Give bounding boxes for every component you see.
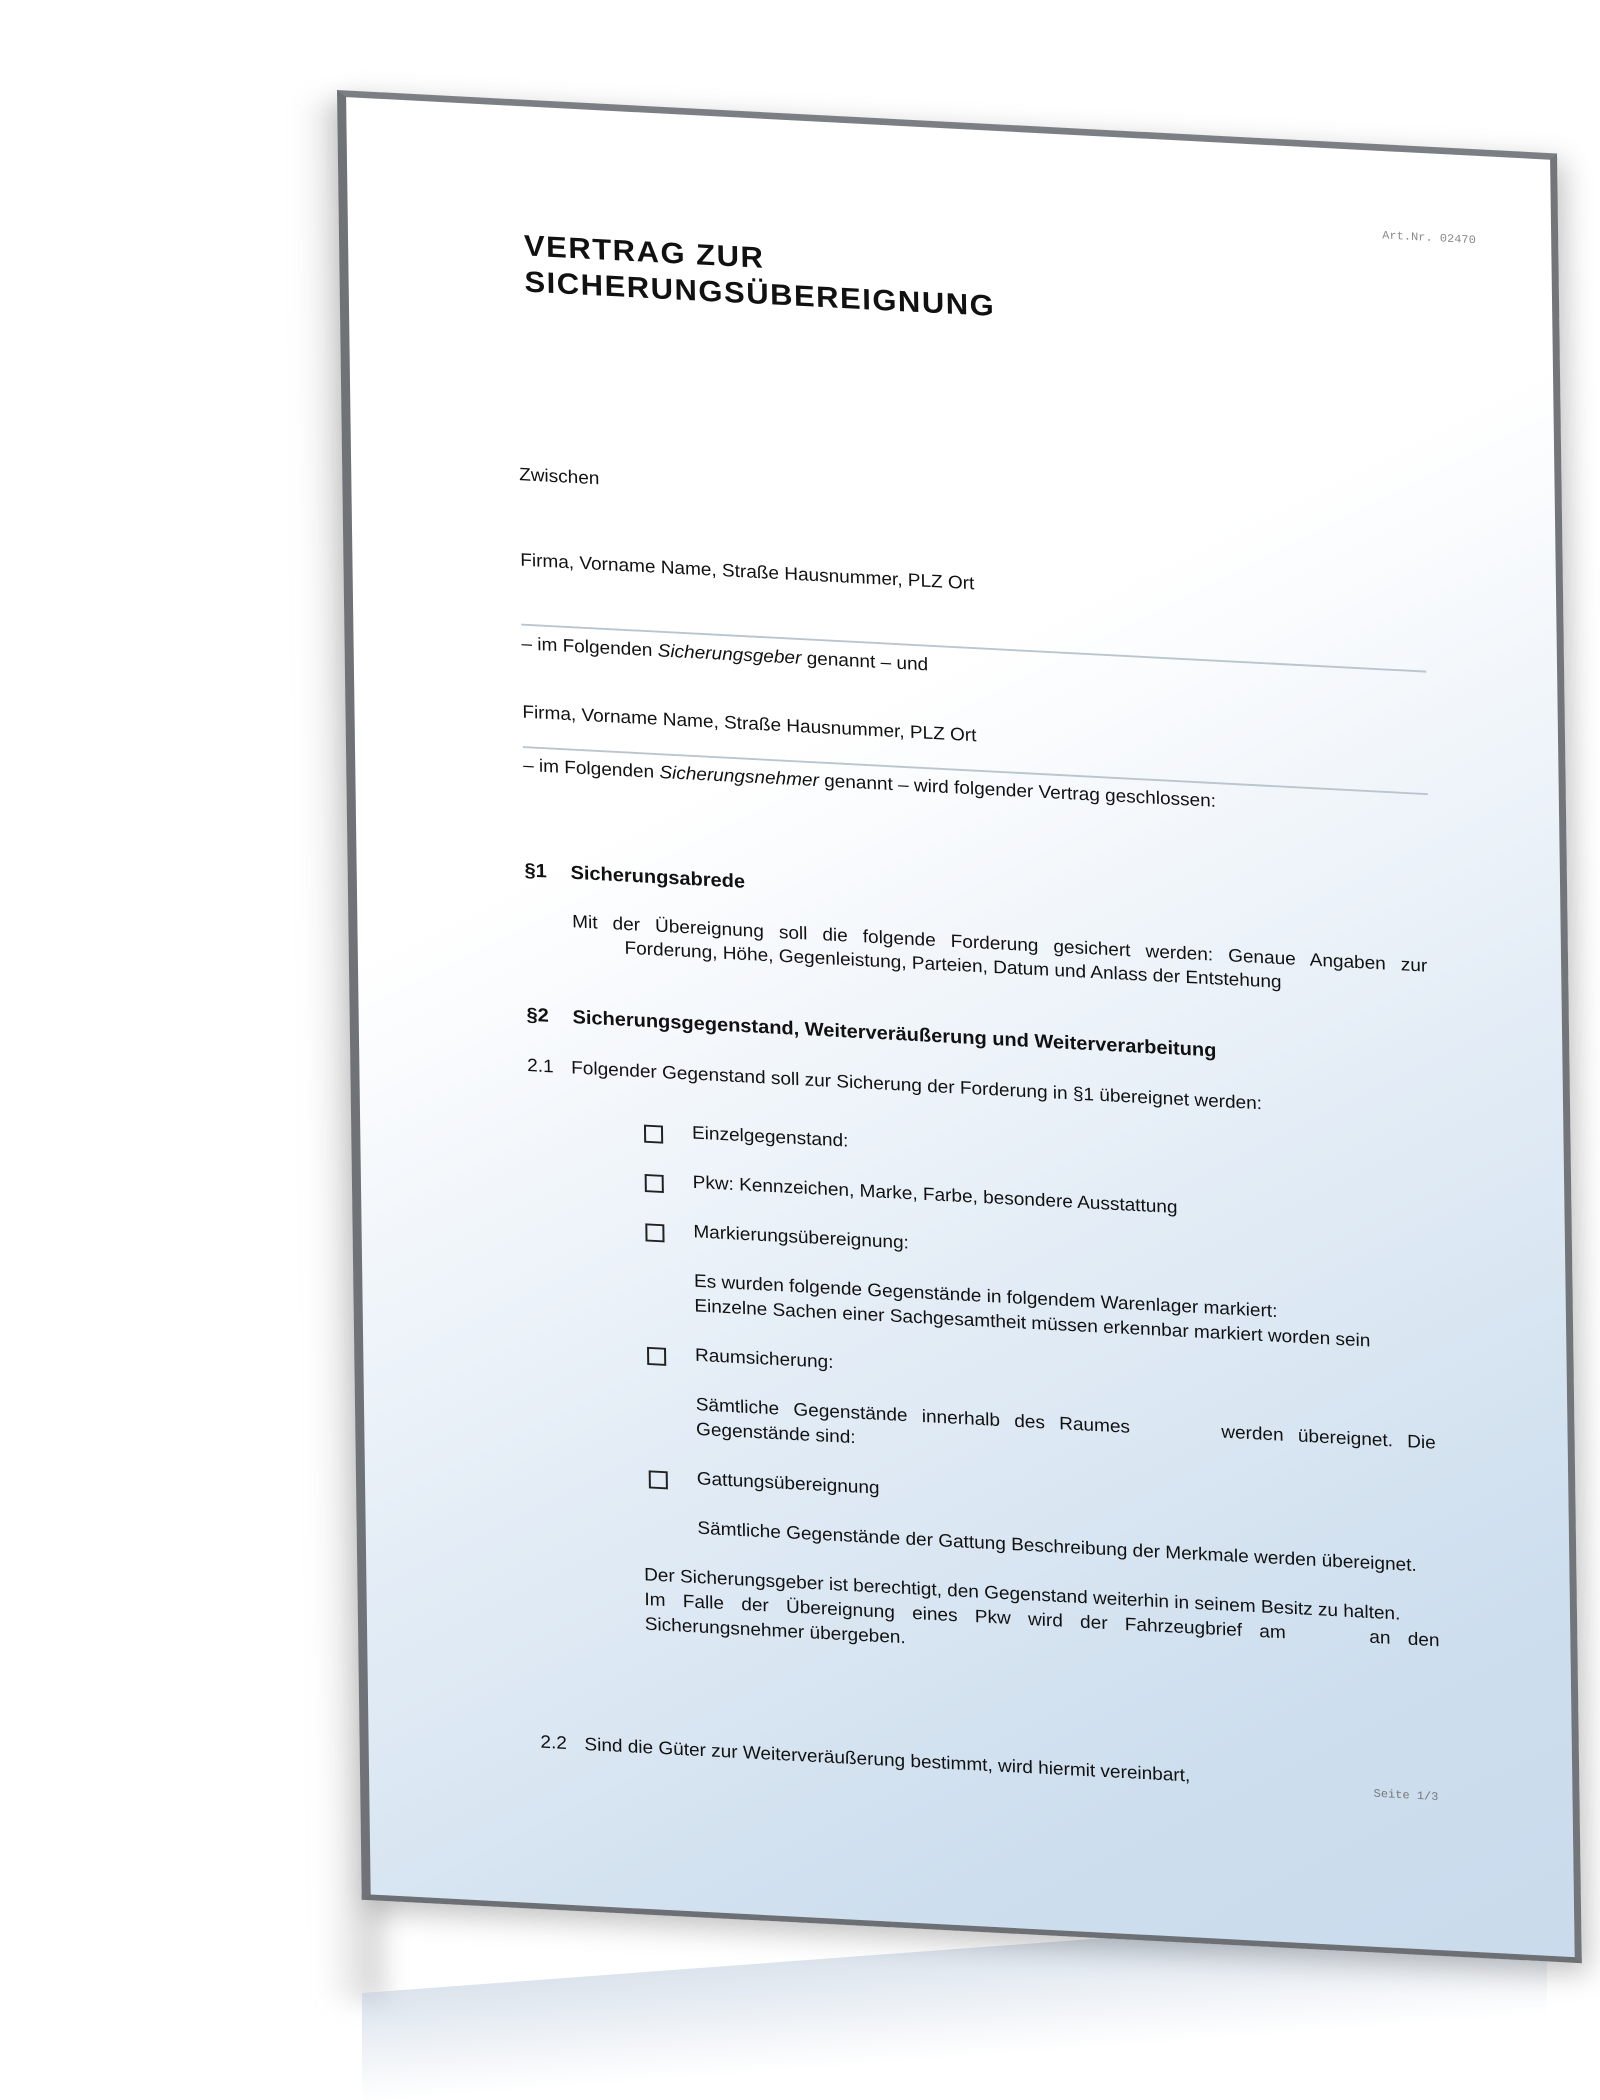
party2-address-field[interactable]: Firma, Vorname Name, Straße Hausnummer, …: [522, 702, 976, 747]
party2-role-name: Sicherungsnehmer: [659, 763, 819, 791]
party2-role-suffix: genannt – wird folgender Vertrag geschlo…: [819, 771, 1216, 812]
section1-heading: §1Sicherungsabrede: [524, 860, 745, 893]
option-markierung-label: Markierungsübereignung:: [693, 1222, 909, 1254]
party1-address-field[interactable]: Firma, Vorname Name, Straße Hausnummer, …: [520, 550, 974, 595]
document-title: VERTRAG ZUR SICHERUNGSÜBEREIGNUNG: [524, 228, 996, 325]
article-number: Art.Nr. 02470: [1382, 229, 1476, 247]
option-raumsicherung-label: Raumsicherung:: [695, 1346, 834, 1374]
section1-text: Mit der Übereignung soll die folgende Fo…: [572, 910, 1428, 1002]
party1-role: – im Folgenden Sicherungsgeber genannt –…: [521, 634, 928, 676]
section2-title: Sicherungsgegenstand, Weiterveräußerung …: [572, 1007, 1216, 1061]
option-gattung-label: Gattungsübereignung: [697, 1469, 880, 1499]
option-raumsicherung-detail-2: Gegenstände sind:: [696, 1420, 856, 1449]
checkbox-gattungsuebereignung[interactable]: [649, 1470, 668, 1489]
party1-role-name: Sicherungsgeber: [658, 641, 802, 668]
clause-2-1: 2.1Folgender Gegenstand soll zur Sicheru…: [527, 1056, 1262, 1115]
section1-title: Sicherungsabrede: [570, 863, 745, 893]
party2-role-prefix: – im Folgenden: [523, 756, 660, 783]
party1-role-suffix: genannt – und: [801, 649, 928, 676]
checkbox-raumsicherung[interactable]: [647, 1347, 666, 1366]
option-gattung-detail: Sämtliche Gegenstände der Gattung Beschr…: [697, 1518, 1417, 1576]
checkbox-einzelgegenstand[interactable]: [644, 1125, 663, 1144]
intro-text: Zwischen: [519, 465, 600, 490]
party1-role-prefix: – im Folgenden: [521, 634, 658, 661]
document-page: Art.Nr. 02470 VERTRAG ZUR SICHERUNGSÜBER…: [337, 90, 1582, 1963]
section2-heading: §2Sicherungsgegenstand, Weiterveräußerun…: [526, 1005, 1216, 1063]
section2-number: §2: [526, 1005, 572, 1029]
option-einzelgegenstand-label: Einzelgegenstand:: [692, 1123, 849, 1152]
clause-2-2: 2.2Sind die Güter zur Weiterveräußerung …: [540, 1732, 1190, 1787]
option-pkw-label: Pkw: Kennzeichen, Marke, Farbe, besonder…: [693, 1173, 1178, 1219]
clause-2-1-number: 2.1: [527, 1056, 571, 1079]
section1-number: §1: [524, 860, 570, 884]
clause-2-2-number: 2.2: [540, 1732, 584, 1755]
checkbox-pkw[interactable]: [645, 1174, 664, 1193]
page-number: Seite 1/3: [1374, 1787, 1439, 1804]
checkbox-markierungsuebereignung[interactable]: [645, 1223, 664, 1242]
clause-2-1-text: Folgender Gegenstand soll zur Sicherung …: [571, 1058, 1262, 1114]
raumsicherung-detail-part-b: werden übereignet. Die: [1221, 1422, 1436, 1454]
clause-2-2-text: Sind die Güter zur Weiterveräußerung bes…: [584, 1735, 1190, 1786]
closing-2-part-b: an den: [1369, 1627, 1439, 1652]
